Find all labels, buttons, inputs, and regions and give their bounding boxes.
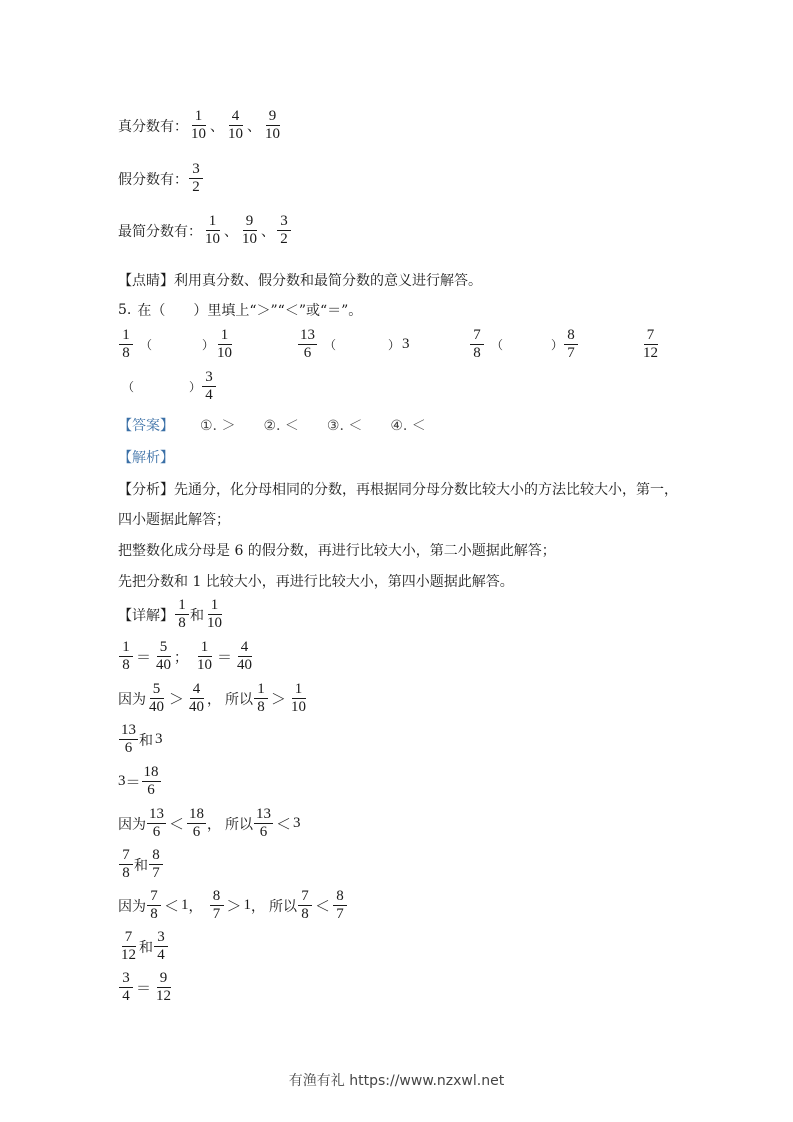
detail-line-9: 712 和 34 bbox=[118, 929, 169, 964]
detail-line-2: 18 ＝ 540 ； 110 ＝ 440 bbox=[118, 639, 255, 674]
text: 四小题据此解答； bbox=[118, 509, 230, 529]
fraction: 18 bbox=[119, 639, 133, 674]
text: 把整数化成分母是 6 的假分数，再进行比较大小，第二小题据此解答； bbox=[118, 540, 556, 560]
fraction: 110 bbox=[189, 108, 208, 143]
fraction: 34 bbox=[119, 970, 133, 1005]
numerator: 7 bbox=[644, 327, 658, 345]
numerator: 1 bbox=[206, 213, 220, 231]
numerator: 9 bbox=[157, 970, 171, 988]
fraction: 440 bbox=[235, 639, 254, 674]
text: 和 bbox=[190, 605, 204, 625]
text: 因为 bbox=[118, 896, 146, 916]
numerator: 3 bbox=[202, 369, 216, 387]
question-item-3: 78 （ ） 87 bbox=[469, 327, 579, 362]
fraction: 87 bbox=[564, 327, 578, 362]
detail-line-4: 136 和 3 bbox=[118, 722, 165, 757]
analysis-line-2: 四小题据此解答； bbox=[118, 509, 230, 529]
simplest-label: 最简分数有： bbox=[118, 221, 202, 241]
denominator: 6 bbox=[145, 782, 157, 799]
math-symbol: ＝ bbox=[217, 646, 232, 667]
text: ， bbox=[251, 896, 265, 916]
fraction: 410 bbox=[226, 108, 245, 143]
detail-label: 【详解】 bbox=[118, 605, 174, 625]
numerator: 3 bbox=[154, 929, 168, 947]
question-5-title: 5. 在（ ）里填上“＞”“＜”或“＝”。 bbox=[118, 300, 362, 320]
analysis-label: 【解析】 bbox=[118, 447, 174, 467]
denominator: 6 bbox=[258, 824, 270, 841]
denominator: 7 bbox=[565, 345, 577, 362]
separator: 、 bbox=[210, 116, 224, 136]
fraction: 136 bbox=[119, 722, 138, 757]
numerator: 1 bbox=[208, 597, 222, 615]
denominator: 10 bbox=[195, 657, 214, 674]
denominator: 7 bbox=[334, 906, 346, 923]
denominator: 6 bbox=[302, 345, 314, 362]
fraction: 18 bbox=[119, 327, 133, 362]
numerator: 7 bbox=[470, 327, 484, 345]
numerator: 7 bbox=[298, 888, 312, 906]
numerator: 18 bbox=[187, 806, 206, 824]
numerator: 7 bbox=[122, 929, 136, 947]
answer-blank-open: （ bbox=[122, 378, 134, 395]
improper-fractions-line: 假分数有： 32 bbox=[118, 161, 204, 196]
numerator: 13 bbox=[147, 806, 166, 824]
denominator: 8 bbox=[120, 657, 132, 674]
numerator: 8 bbox=[210, 888, 224, 906]
fraction: 110 bbox=[289, 681, 308, 716]
text: ， bbox=[189, 896, 203, 916]
separator: 、 bbox=[261, 221, 275, 241]
analysis-line-3: 把整数化成分母是 6 的假分数，再进行比较大小，第二小题据此解答； bbox=[118, 540, 556, 560]
math-symbol: ＝ bbox=[136, 977, 151, 998]
fraction: 110 bbox=[215, 327, 234, 362]
text: 所以 bbox=[269, 896, 297, 916]
question-item-4-left: 712 bbox=[640, 327, 661, 362]
math-symbol: 3 bbox=[118, 773, 126, 790]
math-symbol: ＝ bbox=[136, 646, 151, 667]
detail-line-5: 3 ＝ 186 bbox=[118, 764, 162, 799]
numerator: 8 bbox=[564, 327, 578, 345]
math-symbol: 3 bbox=[402, 336, 410, 353]
fraction: 712 bbox=[641, 327, 660, 362]
improper-label: 假分数有： bbox=[118, 169, 188, 189]
math-symbol: ＞ bbox=[271, 688, 286, 709]
fraction: 540 bbox=[154, 639, 173, 674]
denominator: 12 bbox=[641, 345, 660, 362]
math-symbol: ＜ bbox=[276, 813, 291, 834]
numerator: 9 bbox=[243, 213, 257, 231]
numerator: 1 bbox=[175, 597, 189, 615]
denominator: 40 bbox=[187, 699, 206, 716]
numerator: 4 bbox=[190, 681, 204, 699]
denominator: 8 bbox=[120, 345, 132, 362]
fraction: 78 bbox=[298, 888, 312, 923]
separator: 、 bbox=[247, 116, 261, 136]
numerator: 1 bbox=[119, 327, 133, 345]
numerator: 1 bbox=[198, 639, 212, 657]
answer-blank-open: （ bbox=[324, 336, 336, 353]
fraction: 110 bbox=[205, 597, 224, 632]
math-symbol: 1 bbox=[181, 897, 189, 914]
answer-item: ④. ＜ bbox=[390, 415, 425, 435]
denominator: 6 bbox=[191, 824, 203, 841]
detail-line-3: 因为 540 ＞ 440 ， 所以 18 ＞ 110 bbox=[118, 681, 309, 716]
numerator: 13 bbox=[298, 327, 317, 345]
text: 所以 bbox=[225, 814, 253, 834]
text: 先把分数和 1 比较大小，再进行比较大小，第四小题据此解答。 bbox=[118, 571, 514, 591]
analysis-label-line: 【解析】 bbox=[118, 447, 174, 467]
numerator: 1 bbox=[292, 681, 306, 699]
numerator: 5 bbox=[150, 681, 164, 699]
answer-blank-close: ） bbox=[551, 336, 563, 353]
math-symbol: ＜ bbox=[164, 895, 179, 916]
fraction: 136 bbox=[147, 806, 166, 841]
text: ； bbox=[174, 647, 188, 667]
text: 【分析】先通分，化分母相同的分数，再根据同分母分数比较大小的方法比较大小，第一， bbox=[118, 479, 678, 499]
proper-label: 真分数有： bbox=[118, 116, 188, 136]
fraction: 910 bbox=[263, 108, 282, 143]
analysis-line-1: 【分析】先通分，化分母相同的分数，再根据同分母分数比较大小的方法比较大小，第一， bbox=[118, 479, 678, 499]
fraction: 34 bbox=[154, 929, 168, 964]
denominator: 40 bbox=[147, 699, 166, 716]
detail-line-1: 【详解】 18 和 110 bbox=[118, 597, 225, 632]
answer-blank-close: ） bbox=[202, 336, 214, 353]
numerator: 4 bbox=[229, 108, 243, 126]
numerator: 1 bbox=[218, 327, 232, 345]
fraction: 186 bbox=[187, 806, 206, 841]
denominator: 10 bbox=[203, 231, 222, 248]
fraction: 78 bbox=[470, 327, 484, 362]
fraction: 540 bbox=[147, 681, 166, 716]
fraction: 87 bbox=[333, 888, 347, 923]
text: 所以 bbox=[225, 689, 253, 709]
denominator: 2 bbox=[278, 231, 290, 248]
answer-label: 【答案】 bbox=[118, 415, 174, 435]
numerator: 18 bbox=[142, 764, 161, 782]
footer-watermark: 有渔有礼 https://www.nzxwl.net bbox=[0, 1070, 793, 1090]
fraction: 87 bbox=[210, 888, 224, 923]
denominator: 4 bbox=[155, 947, 167, 964]
denominator: 4 bbox=[203, 387, 215, 404]
text: 因为 bbox=[118, 814, 146, 834]
detail-line-8: 因为 78 ＜ 1 ， 87 ＞ 1 ， 所以 78 ＜ 87 bbox=[118, 888, 348, 923]
denominator: 10 bbox=[240, 231, 259, 248]
answer-blank-close: ） bbox=[388, 336, 400, 353]
math-symbol: 3 bbox=[155, 731, 163, 748]
denominator: 12 bbox=[119, 947, 138, 964]
fraction: 910 bbox=[240, 213, 259, 248]
numerator: 8 bbox=[333, 888, 347, 906]
denominator: 8 bbox=[148, 906, 160, 923]
text: 和 bbox=[134, 855, 148, 875]
fraction: 32 bbox=[189, 161, 203, 196]
numerator: 3 bbox=[277, 213, 291, 231]
answer-item: ②. ＜ bbox=[263, 415, 298, 435]
answer-item: ①. ＞ bbox=[200, 415, 235, 435]
detail-line-10: 34 ＝ 912 bbox=[118, 970, 174, 1005]
denominator: 7 bbox=[211, 906, 223, 923]
denominator: 12 bbox=[154, 988, 173, 1005]
denominator: 8 bbox=[176, 615, 188, 632]
question-item-1: 18 （ ） 110 bbox=[118, 327, 235, 362]
math-symbol: 3 bbox=[293, 815, 301, 832]
text: 和 bbox=[139, 937, 153, 957]
answer-blank-close: ） bbox=[189, 378, 201, 395]
denominator: 6 bbox=[123, 740, 135, 757]
denominator: 10 bbox=[205, 615, 224, 632]
denominator: 10 bbox=[215, 345, 234, 362]
fraction: 912 bbox=[154, 970, 173, 1005]
denominator: 2 bbox=[190, 179, 202, 196]
proper-fractions-line: 真分数有： 110 、 410 、 910 bbox=[118, 108, 283, 143]
math-symbol: ＜ bbox=[169, 813, 184, 834]
denominator: 6 bbox=[151, 824, 163, 841]
denominator: 10 bbox=[289, 699, 308, 716]
numerator: 9 bbox=[266, 108, 280, 126]
denominator: 40 bbox=[235, 657, 254, 674]
numerator: 3 bbox=[189, 161, 203, 179]
denominator: 8 bbox=[255, 699, 267, 716]
separator: 、 bbox=[224, 221, 238, 241]
text: ， bbox=[207, 814, 221, 834]
question-item-4-right: （ ） 34 bbox=[122, 369, 217, 404]
numerator: 7 bbox=[119, 847, 133, 865]
fraction: 18 bbox=[175, 597, 189, 632]
text: 因为 bbox=[118, 689, 146, 709]
numerator: 13 bbox=[119, 722, 138, 740]
numerator: 4 bbox=[238, 639, 252, 657]
numerator: 3 bbox=[119, 970, 133, 988]
math-symbol: ＜ bbox=[315, 895, 330, 916]
tip-text: 【点睛】利用真分数、假分数和最简分数的意义进行解答。 bbox=[118, 270, 482, 290]
math-symbol: ＞ bbox=[227, 895, 242, 916]
denominator: 8 bbox=[120, 865, 132, 882]
denominator: 10 bbox=[189, 126, 208, 143]
numerator: 1 bbox=[192, 108, 206, 126]
answer-blank-open: （ bbox=[140, 336, 152, 353]
text: 和 bbox=[139, 730, 153, 750]
fraction: 186 bbox=[142, 764, 161, 799]
question-text: 在（ ）里填上“＞”“＜”或“＝”。 bbox=[137, 300, 362, 320]
numerator: 13 bbox=[254, 806, 273, 824]
answer-item: ③. ＜ bbox=[327, 415, 362, 435]
answer-line: 【答案】 ①. ＞ ②. ＜ ③. ＜ ④. ＜ bbox=[118, 415, 426, 435]
numerator: 1 bbox=[119, 639, 133, 657]
denominator: 10 bbox=[226, 126, 245, 143]
fraction: 78 bbox=[119, 847, 133, 882]
simplest-fractions-line: 最简分数有： 110 、 910 、 32 bbox=[118, 213, 292, 248]
numerator: 8 bbox=[149, 847, 163, 865]
fraction: 712 bbox=[119, 929, 138, 964]
denominator: 7 bbox=[150, 865, 162, 882]
fraction: 34 bbox=[202, 369, 216, 404]
fraction: 18 bbox=[254, 681, 268, 716]
question-number: 5. bbox=[118, 302, 131, 318]
fraction: 78 bbox=[147, 888, 161, 923]
denominator: 8 bbox=[299, 906, 311, 923]
denominator: 8 bbox=[471, 345, 483, 362]
analysis-line-4: 先把分数和 1 比较大小，再进行比较大小，第四小题据此解答。 bbox=[118, 571, 514, 591]
math-symbol: 1 bbox=[244, 897, 252, 914]
fraction: 440 bbox=[187, 681, 206, 716]
numerator: 5 bbox=[157, 639, 171, 657]
detail-line-7: 78 和 87 bbox=[118, 847, 164, 882]
text: ， bbox=[207, 689, 221, 709]
denominator: 10 bbox=[263, 126, 282, 143]
numerator: 7 bbox=[147, 888, 161, 906]
tip-line: 【点睛】利用真分数、假分数和最简分数的意义进行解答。 bbox=[118, 270, 482, 290]
fraction: 110 bbox=[195, 639, 214, 674]
fraction: 110 bbox=[203, 213, 222, 248]
detail-line-6: 因为 136 ＜ 186 ， 所以 136 ＜ 3 bbox=[118, 806, 301, 841]
denominator: 40 bbox=[154, 657, 173, 674]
fraction: 32 bbox=[277, 213, 291, 248]
denominator: 4 bbox=[120, 988, 132, 1005]
fraction: 136 bbox=[298, 327, 317, 362]
math-symbol: ＝ bbox=[126, 771, 141, 792]
fraction: 136 bbox=[254, 806, 273, 841]
question-item-2: 136 （ ） 3 bbox=[297, 327, 412, 362]
numerator: 1 bbox=[254, 681, 268, 699]
math-symbol: ＞ bbox=[169, 688, 184, 709]
answer-blank-open: （ bbox=[491, 336, 503, 353]
fraction: 87 bbox=[149, 847, 163, 882]
